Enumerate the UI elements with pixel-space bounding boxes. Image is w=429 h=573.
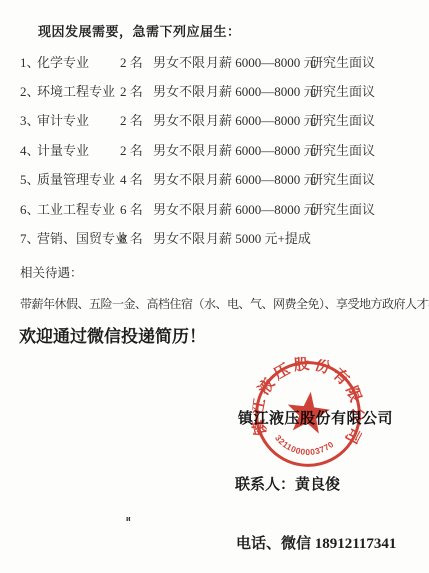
contact-person-line: 联系人：黄良俊: [235, 473, 340, 494]
position-row: 1、 化学专业 2 名 男女不限 月薪 6000—8000 元 研究生面议: [20, 52, 420, 68]
position-count: 4 名: [120, 169, 143, 188]
position-gender: 男女不限: [153, 228, 205, 247]
position-major: 工业工程专业: [37, 199, 115, 218]
position-gender: 男女不限: [153, 199, 205, 218]
position-note: 研究生面议: [310, 199, 375, 218]
position-row: 2、 环境工程专业 2 名 男女不限 月薪 6000—8000 元 研究生面议: [20, 81, 420, 97]
positions-list: 1、 化学专业 2 名 男女不限 月薪 6000—8000 元 研究生面议 2、…: [20, 0, 420, 260]
position-gender: 男女不限: [153, 81, 205, 100]
position-row: 5、 质量管理专业 4 名 男女不限 月薪 6000—8000 元 研究生面议: [20, 169, 420, 185]
position-major: 化学专业: [37, 52, 89, 71]
position-note: 研究生面议: [310, 110, 375, 129]
position-note: 研究生面议: [310, 140, 375, 159]
cta-line: 欢迎通过微信投递简历！: [19, 322, 206, 347]
position-major: 质量管理专业: [37, 169, 115, 188]
position-salary: 月薪 6000—8000 元: [206, 140, 317, 159]
position-salary: 月薪 6000—8000 元: [206, 81, 317, 100]
position-note: 研究生面议: [310, 81, 375, 100]
position-gender: 男女不限: [153, 52, 205, 71]
company-seal-stamp: 镇江液压股份有限公司 3211000003770: [246, 352, 371, 477]
phone-wechat-line: 电话、微信 18912117341: [236, 532, 396, 553]
position-major: 环境工程专业: [37, 81, 115, 100]
benefits-heading: 相关待遇：: [20, 263, 83, 281]
position-count: 2 名: [120, 52, 143, 71]
position-major: 营销、国贸专业: [37, 228, 128, 247]
position-count: 2 名: [120, 81, 143, 100]
position-gender: 男女不限: [153, 140, 205, 159]
position-count: 2 名: [120, 140, 143, 159]
recruitment-notice-page: 现因发展需要，急需下列应届生： 1、 化学专业 2 名 男女不限 月薪 6000…: [0, 0, 429, 573]
position-salary: 月薪 6000—8000 元: [206, 199, 317, 218]
position-note: 研究生面议: [310, 169, 375, 188]
position-row: 3、 审计专业 2 名 男女不限 月薪 6000—8000 元 研究生面议: [20, 110, 420, 126]
position-count: 6 名: [120, 199, 143, 218]
position-count: 2 名: [120, 110, 143, 129]
position-row: 7、 营销、国贸专业 8 名 男女不限 月薪 5000 元+提成: [20, 228, 420, 244]
position-salary: 月薪 5000 元+提成: [206, 228, 311, 247]
benefits-line: 带薪年休假、五险一金、高档住宿（水、电、气、网费全免）、享受地方政府人才补贴: [20, 295, 429, 312]
position-count: 8 名: [120, 228, 143, 247]
position-salary: 月薪 6000—8000 元: [206, 110, 317, 129]
position-row: 6、 工业工程专业 6 名 男女不限 月薪 6000—8000 元 研究生面议: [20, 199, 420, 215]
position-note: 研究生面议: [310, 52, 375, 71]
position-salary: 月薪 6000—8000 元: [206, 169, 317, 188]
position-row: 4、 计量专业 2 名 男女不限 月薪 6000—8000 元 研究生面议: [20, 140, 420, 156]
position-major: 审计专业: [37, 110, 89, 129]
position-major: 计量专业: [37, 140, 89, 159]
print-artifact-mark: ᴎ: [126, 514, 131, 523]
position-gender: 男女不限: [153, 110, 205, 129]
position-salary: 月薪 6000—8000 元: [206, 52, 317, 71]
position-gender: 男女不限: [153, 169, 205, 188]
seal-star-icon: [285, 389, 332, 434]
